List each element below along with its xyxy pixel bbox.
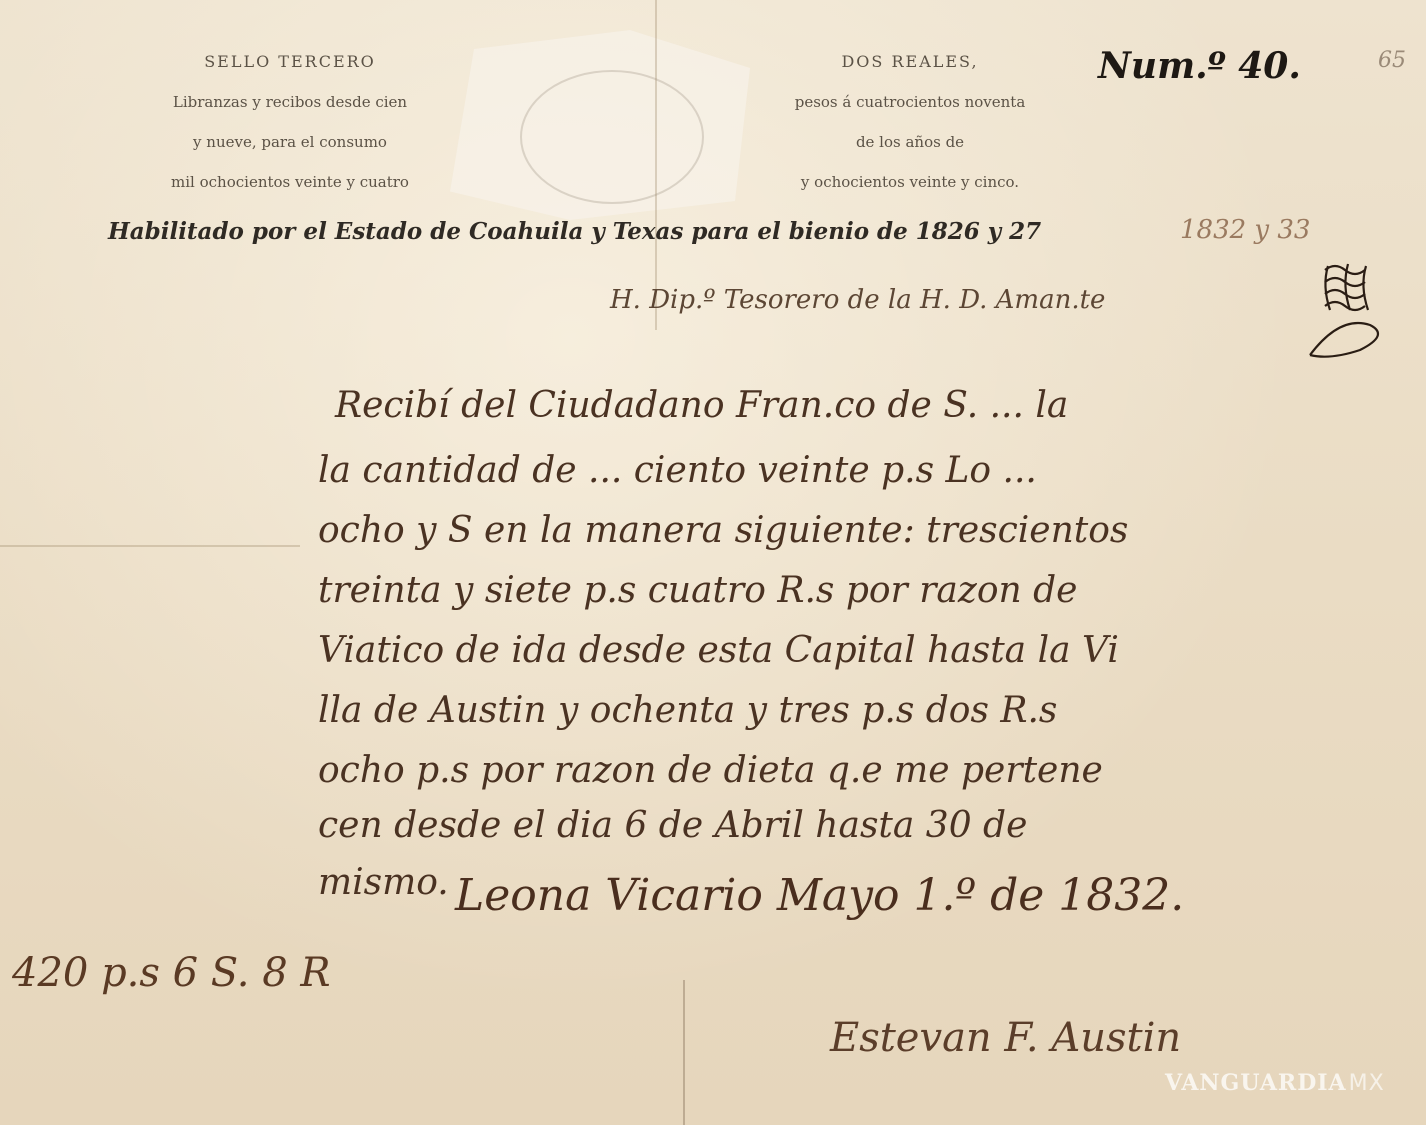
body-line: treinta y siete p.s cuatro R.s por razon… (318, 570, 1077, 611)
stamp-line: Libranzas y recibos desde cien (120, 82, 460, 122)
stamp-right: DOS REALES, pesos á cuatrocientos novent… (745, 42, 1075, 202)
fold-line (655, 0, 657, 330)
body-line: Recibí del Ciudadano Fran.co de S. ... l… (335, 385, 1068, 426)
body-line: mismo. (318, 862, 449, 903)
fold-line (683, 980, 685, 1125)
watermark-brand: VANGUARDIA (1165, 1070, 1347, 1096)
body-line: lla de Austin y ochenta y tres p.s dos R… (318, 690, 1057, 731)
stamp-line: pesos á cuatrocientos noventa (745, 82, 1075, 122)
fold-line (0, 545, 300, 547)
stamp-heading: SELLO TERCERO (120, 42, 460, 82)
body-line: la cantidad de ... ciento veinte p.s Lo … (318, 450, 1037, 491)
handwritten-years: 1832 y 33 (1180, 215, 1310, 245)
stamp-line: y nueve, para el consumo (120, 122, 460, 162)
signature: Estevan F. Austin (830, 1015, 1181, 1061)
habilitado-line: Habilitado por el Estado de Coahuila y T… (108, 218, 1041, 245)
rubric-flourish-icon (1300, 260, 1390, 370)
addressee-line: H. Dip.º Tesorero de la H. D. Aman.te (610, 285, 1105, 315)
watermark-suffix: MX (1349, 1071, 1385, 1096)
place-date: Leona Vicario Mayo 1.º de 1832. (455, 870, 1184, 921)
document-number: Num.º 40. (1098, 45, 1301, 87)
stamp-heading: DOS REALES, (745, 42, 1075, 82)
body-line: ocho p.s por razon de dieta q.e me perte… (318, 750, 1103, 791)
stamp-left: SELLO TERCERO Libranzas y recibos desde … (120, 42, 460, 202)
amount-total: 420 p.s 6 S. 8 R (12, 950, 330, 996)
body-line: Viatico de ida desde esta Capital hasta … (318, 630, 1119, 671)
watermark: VANGUARDIAMX (1165, 1070, 1385, 1096)
body-line: cen desde el dia 6 de Abril hasta 30 de (318, 805, 1027, 846)
body-line: ocho y S en la manera siguiente: trescie… (318, 510, 1128, 551)
pencil-note: 65 (1378, 48, 1406, 73)
stamp-line: mil ochocientos veinte y cuatro (120, 162, 460, 202)
seal-ring (520, 70, 704, 204)
stamp-line: y ochocientos veinte y cinco. (745, 162, 1075, 202)
stamp-line: de los años de (745, 122, 1075, 162)
